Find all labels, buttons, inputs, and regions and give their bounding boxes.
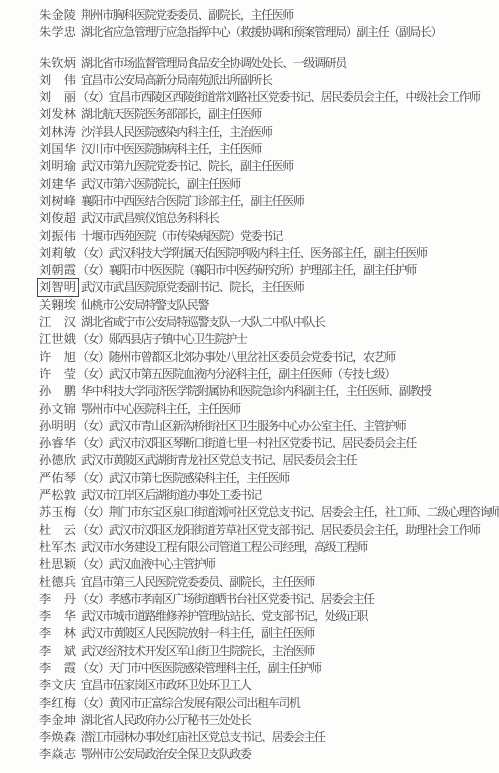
gender-label: （女）	[77, 557, 109, 571]
person-title: 郧西县店子镇中心卫生院护士	[109, 332, 247, 346]
person-name: 朱学忠	[39, 25, 77, 40]
person-title: 襄阳市中西医结合医院门诊部主任，副主任医师	[81, 194, 304, 208]
person-name: 刘建华	[39, 177, 77, 192]
person-title: 武汉市第九医院党委书记、院长，副主任医师	[81, 159, 293, 173]
person-name: 李红梅	[39, 696, 77, 711]
person-name: 江世娥	[39, 332, 77, 347]
person-name: 杜 云	[39, 523, 77, 538]
document-page: 朱金陵荆州市胸科医院党委委员、副院长，主任医师 朱学忠湖北省应急管理厅应急指挥中…	[0, 0, 499, 773]
person-name: 李 林	[39, 626, 77, 641]
person-title: 鄂州市中心医院科主任，主任医师	[81, 402, 240, 416]
person-title: 湖北航天医院医务部部长，副主任医师	[81, 107, 261, 121]
person-name: 刘振伟	[39, 229, 77, 244]
person-title: 鄂州市公安局政治安全保卫支队政委	[81, 747, 251, 761]
list-item: 李金坤湖北省人民政府办公厅秘书三处处长	[0, 712, 499, 729]
person-title: 湖北省应急管理厅应急指挥中心（救援协调和预案管理局）副主任（副局长）	[81, 25, 441, 39]
person-name: 刘朝霞	[39, 263, 77, 278]
gender-label: （女）	[77, 696, 109, 710]
list-item: 苏玉梅（女）荆门市东宝区泉口街道浏河社区党总支书记、居委会主任，社工师、二级心理…	[0, 504, 499, 521]
list-item: 刘建华武汉市第六医院院长，副主任医师	[0, 176, 499, 193]
gender-label: （女）	[77, 436, 109, 450]
person-name: 许 莹	[39, 367, 77, 382]
person-name: 刘智明	[39, 280, 77, 295]
person-title: 武汉市汉阳区龙阳街道芳草社区党支部书记、居民委员会主任，助理社会工作师	[109, 523, 480, 537]
person-title: 十堰市西苑医院（市传染病医院）党委书记	[81, 229, 282, 243]
gender-label: （女）	[77, 419, 109, 433]
list-item: 杜德兵宜昌市第三人民医院党委委员、副院长，主任医师	[0, 574, 499, 591]
gender-label: （女）	[77, 523, 109, 537]
person-title: 湖北省咸宁市公安局特巡警支队一大队二中队中队长	[81, 315, 325, 329]
gender-label: （女）	[77, 592, 109, 606]
person-name: 关翱埃	[39, 298, 77, 313]
person-title: 武汉市黄陂区武湖街青龙社区党总支书记、居民委员会主任	[81, 453, 357, 467]
person-name: 李金坤	[39, 713, 77, 728]
person-title: 武汉经济技术开发区军山街卫生院院长，主治医师	[81, 644, 314, 658]
list-item: 关翱埃仙桃市公安局特警支队民警	[0, 297, 499, 314]
list-item: 刘发林湖北航天医院医务部部长，副主任医师	[0, 106, 499, 123]
person-title: 仙桃市公安局特警支队民警	[81, 298, 208, 312]
list-item: 江世娥（女）郧西县店子镇中心卫生院护士	[0, 331, 499, 348]
list-item: 李红梅（女）黄冈市正富综合发展有限公司出租车司机	[0, 695, 499, 712]
person-name: 许 旭	[39, 350, 77, 365]
person-title: 荆州市胸科医院党委委员、副院长，主任医师	[81, 8, 293, 22]
person-name: 李 霞	[39, 661, 77, 676]
person-name: 严松敦	[39, 488, 77, 503]
list-item: 杜思颖（女）武汉血液中心主管护师	[0, 556, 499, 573]
list-item: 李 林武汉市黄陂区人民医院放射一科主任，副主任医师	[0, 625, 499, 642]
list-item: 刘树峰襄阳市中西医结合医院门诊部主任，副主任医师	[0, 193, 499, 210]
list-item: 刘莉敏（女）武汉科技大学附属天佑医院呼吸内科主任、医务部主任，副主任医师	[0, 245, 499, 262]
gender-label: （女）	[77, 263, 109, 277]
person-name: 孙文锦	[39, 402, 77, 417]
person-title: 湖北省人民政府办公厅秘书三处处长	[81, 713, 251, 727]
person-title: 宜昌市公安局高新分局南苑派出所副所长	[81, 73, 272, 87]
list-item: 刘明瑜武汉市第九医院党委书记、院长，副主任医师	[0, 158, 499, 175]
person-name: 苏玉梅	[39, 505, 77, 520]
person-title: 武汉市城市道路维修养护管理站站长、党支部书记，处级正职	[81, 609, 367, 623]
list-item: 严佑琴（女）武汉市第七医院感染科主任，主任医师	[0, 470, 499, 487]
person-title: 武汉市黄陂区人民医院放射一科主任，副主任医师	[81, 626, 314, 640]
person-title: 武汉市第六医院院长，副主任医师	[81, 177, 240, 191]
gender-label: （女）	[77, 661, 109, 675]
list-item: 严松敦武汉市江岸区后湖街道办事处工委书记	[0, 487, 499, 504]
person-name: 杜军杰	[39, 540, 77, 555]
list-item: 许 莹（女）武汉市第五医院血液内分泌科主任，副主任医师（专技七级）	[0, 366, 499, 383]
person-name: 李文庆	[39, 678, 77, 693]
list-item: 孙 鹏华中科技大学同济医学院附属协和医院急诊内科副主任，主任医师、副教授	[0, 383, 499, 400]
list-item: 刘智明武汉市武昌医院原党委副书记、院长，主任医师	[0, 279, 499, 296]
person-title: 荆门市东宝区泉口街道浏河社区党总支书记、居委会主任，社工师、二级心理咨询师	[109, 505, 499, 519]
person-title: 华中科技大学同济医学院附属协和医院急诊内科副主任，主任医师、副教授	[81, 384, 431, 398]
list-item: 朱学忠湖北省应急管理厅应急指挥中心（救援协调和预案管理局）副主任（副局长）	[0, 24, 499, 41]
gender-label: （女）	[77, 367, 109, 381]
list-item: 刘振伟十堰市西苑医院（市传染病医院）党委书记	[0, 228, 499, 245]
person-title: 襄阳市中医医院（襄阳市中医药研究所）护理部主任，副主任护师	[109, 263, 416, 277]
person-title: 潜江市园林办事处红庙社区党总支书记、居委会主任	[81, 730, 325, 744]
person-name: 孙明明	[39, 419, 77, 434]
person-name: 朱钦炳	[39, 56, 77, 71]
person-title: 武汉市汉阳区琴断口街道七里一村社区党委书记、居民委员会主任	[109, 436, 416, 450]
person-name: 刘俊超	[39, 211, 77, 226]
person-name: 刘 丽	[39, 90, 77, 105]
list-item: 李 华武汉市城市道路维修养护管理站站长、党支部书记，处级正职	[0, 608, 499, 625]
list-item: 杜军杰武汉市水务建设工程有限公司管道工程公司经理，高级工程师	[0, 539, 499, 556]
person-title: 宜昌市伍家岗区市政环卫处环卫工人	[81, 678, 251, 692]
list-item: 孙睿华（女）武汉市汉阳区琴断口街道七里一村社区党委书记、居民委员会主任	[0, 435, 499, 452]
person-title: 武汉市青山区新沟桥街社区卫生服务中心办公室主任、主管护师	[109, 419, 406, 433]
person-title: 武汉市第五医院血液内分泌科主任，副主任医师（专技七级）	[109, 367, 395, 381]
person-name: 李焕森	[39, 730, 77, 745]
gender-label: （女）	[77, 471, 109, 485]
person-title: 武汉市第七医院感染科主任，主任医师	[109, 471, 289, 485]
list-item: 孙文锦鄂州市中心医院科主任，主任医师	[0, 401, 499, 418]
person-title: 汉川市中医医院肺病科主任，主任医师	[81, 142, 261, 156]
person-name: 刘发林	[39, 107, 77, 122]
person-name: 朱金陵	[39, 8, 77, 23]
person-name: 李 华	[39, 609, 77, 624]
list-item: 刘林涛沙洋县人民医院感染内科主任，主治医师	[0, 124, 499, 141]
person-name: 刘 伟	[39, 73, 77, 88]
list-item: 李 丹（女）孝感市孝南区广场街道晒书台社区党委书记、居委会主任	[0, 591, 499, 608]
list-item: 刘国华汉川市中医医院肺病科主任，主任医师	[0, 141, 499, 158]
person-name: 江 汉	[39, 315, 77, 330]
list-item: 李焱志鄂州市公安局政治安全保卫支队政委	[0, 746, 499, 763]
list-item: 李 斌武汉经济技术开发区军山街卫生院院长，主治医师	[0, 643, 499, 660]
person-name: 刘树峰	[39, 194, 77, 209]
person-title: 武汉市武昌殡仪馆总务科科长	[81, 211, 219, 225]
person-title: 沙洋县人民医院感染内科主任，主治医师	[81, 125, 272, 139]
gender-label: （女）	[77, 246, 109, 260]
person-title: 孝感市孝南区广场街道晒书台社区党委书记、居委会主任	[109, 592, 374, 606]
person-name: 孙 鹏	[39, 384, 77, 399]
gender-label: （女）	[77, 90, 109, 104]
person-title: 湖北省市场监督管理局食品安全协调处处长、一级调研员	[81, 56, 346, 70]
person-name: 刘明瑜	[39, 159, 77, 174]
list-item: 刘 丽（女）宜昌市西陵区西陵街道常刘路社区党委书记、居民委员会主任，中级社会工作…	[0, 89, 499, 106]
person-title: 黄冈市正富综合发展有限公司出租车司机	[109, 696, 300, 710]
person-title: 武汉市水务建设工程有限公司管道工程公司经理，高级工程师	[81, 540, 367, 554]
person-name: 孙德欣	[39, 453, 77, 468]
person-title: 宜昌市第三人民医院党委委员、副院长，主任医师	[81, 575, 314, 589]
list-item: 孙明明（女）武汉市青山区新沟桥街社区卫生服务中心办公室主任、主管护师	[0, 418, 499, 435]
person-name: 刘莉敏	[39, 246, 77, 261]
person-name: 孙睿华	[39, 436, 77, 451]
list-item: 刘朝霞（女）襄阳市中医医院（襄阳市中医药研究所）护理部主任，副主任护师	[0, 262, 499, 279]
gender-label: （女）	[77, 505, 109, 519]
person-name: 杜思颖	[39, 557, 77, 572]
list-item: 朱钦炳湖北省市场监督管理局食品安全协调处处长、一级调研员	[0, 55, 499, 72]
name-list: 朱金陵荆州市胸科医院党委委员、副院长，主任医师 朱学忠湖北省应急管理厅应急指挥中…	[0, 7, 499, 764]
person-name: 李 丹	[39, 592, 77, 607]
list-item: 刘俊超武汉市武昌殡仪馆总务科科长	[0, 210, 499, 227]
list-item: 刘 伟宜昌市公安局高新分局南苑派出所副所长	[0, 72, 499, 89]
gender-label: （女）	[77, 332, 109, 346]
gender-label: （女）	[77, 350, 109, 364]
list-item: 孙德欣武汉市黄陂区武湖街青龙社区党总支书记、居民委员会主任	[0, 452, 499, 469]
person-name: 李 斌	[39, 644, 77, 659]
person-title: 武汉科技大学附属天佑医院呼吸内科主任、医务部主任，副主任医师	[109, 246, 427, 260]
person-name: 严佑琴	[39, 471, 77, 486]
list-item: 李焕森潜江市园林办事处红庙社区党总支书记、居委会主任	[0, 729, 499, 746]
person-name: 杜德兵	[39, 575, 77, 590]
person-name: 刘国华	[39, 142, 77, 157]
list-item: 江 汉湖北省咸宁市公安局特巡警支队一大队二中队中队长	[0, 314, 499, 331]
person-title: 武汉市武昌医院原党委副书记、院长，主任医师	[81, 280, 304, 294]
person-title: 武汉市江岸区后湖街道办事处工委书记	[81, 488, 261, 502]
list-item: 李 霞（女）天门市中医医院感染管理科主任，副主任护师	[0, 660, 499, 677]
list-item: 杜 云（女）武汉市汉阳区龙阳街道芳草社区党支部书记、居民委员会主任，助理社会工作…	[0, 522, 499, 539]
person-title: 天门市中医医院感染管理科主任，副主任护师	[109, 661, 321, 675]
person-title: 随州市曾都区北郊办事处八里岔社区委员会党委书记，农艺师	[109, 350, 395, 364]
person-name: 刘林涛	[39, 125, 77, 140]
list-item: 朱金陵荆州市胸科医院党委委员、副院长，主任医师	[0, 7, 499, 24]
person-name: 李焱志	[39, 747, 77, 762]
list-item: 李文庆宜昌市伍家岗区市政环卫处环卫工人	[0, 677, 499, 694]
list-item: 许 旭（女）随州市曾都区北郊办事处八里岔社区委员会党委书记，农艺师	[0, 349, 499, 366]
person-title: 武汉血液中心主管护师	[109, 557, 215, 571]
person-title: 宜昌市西陵区西陵街道常刘路社区党委书记、居民委员会主任，中级社会工作师	[109, 90, 480, 104]
